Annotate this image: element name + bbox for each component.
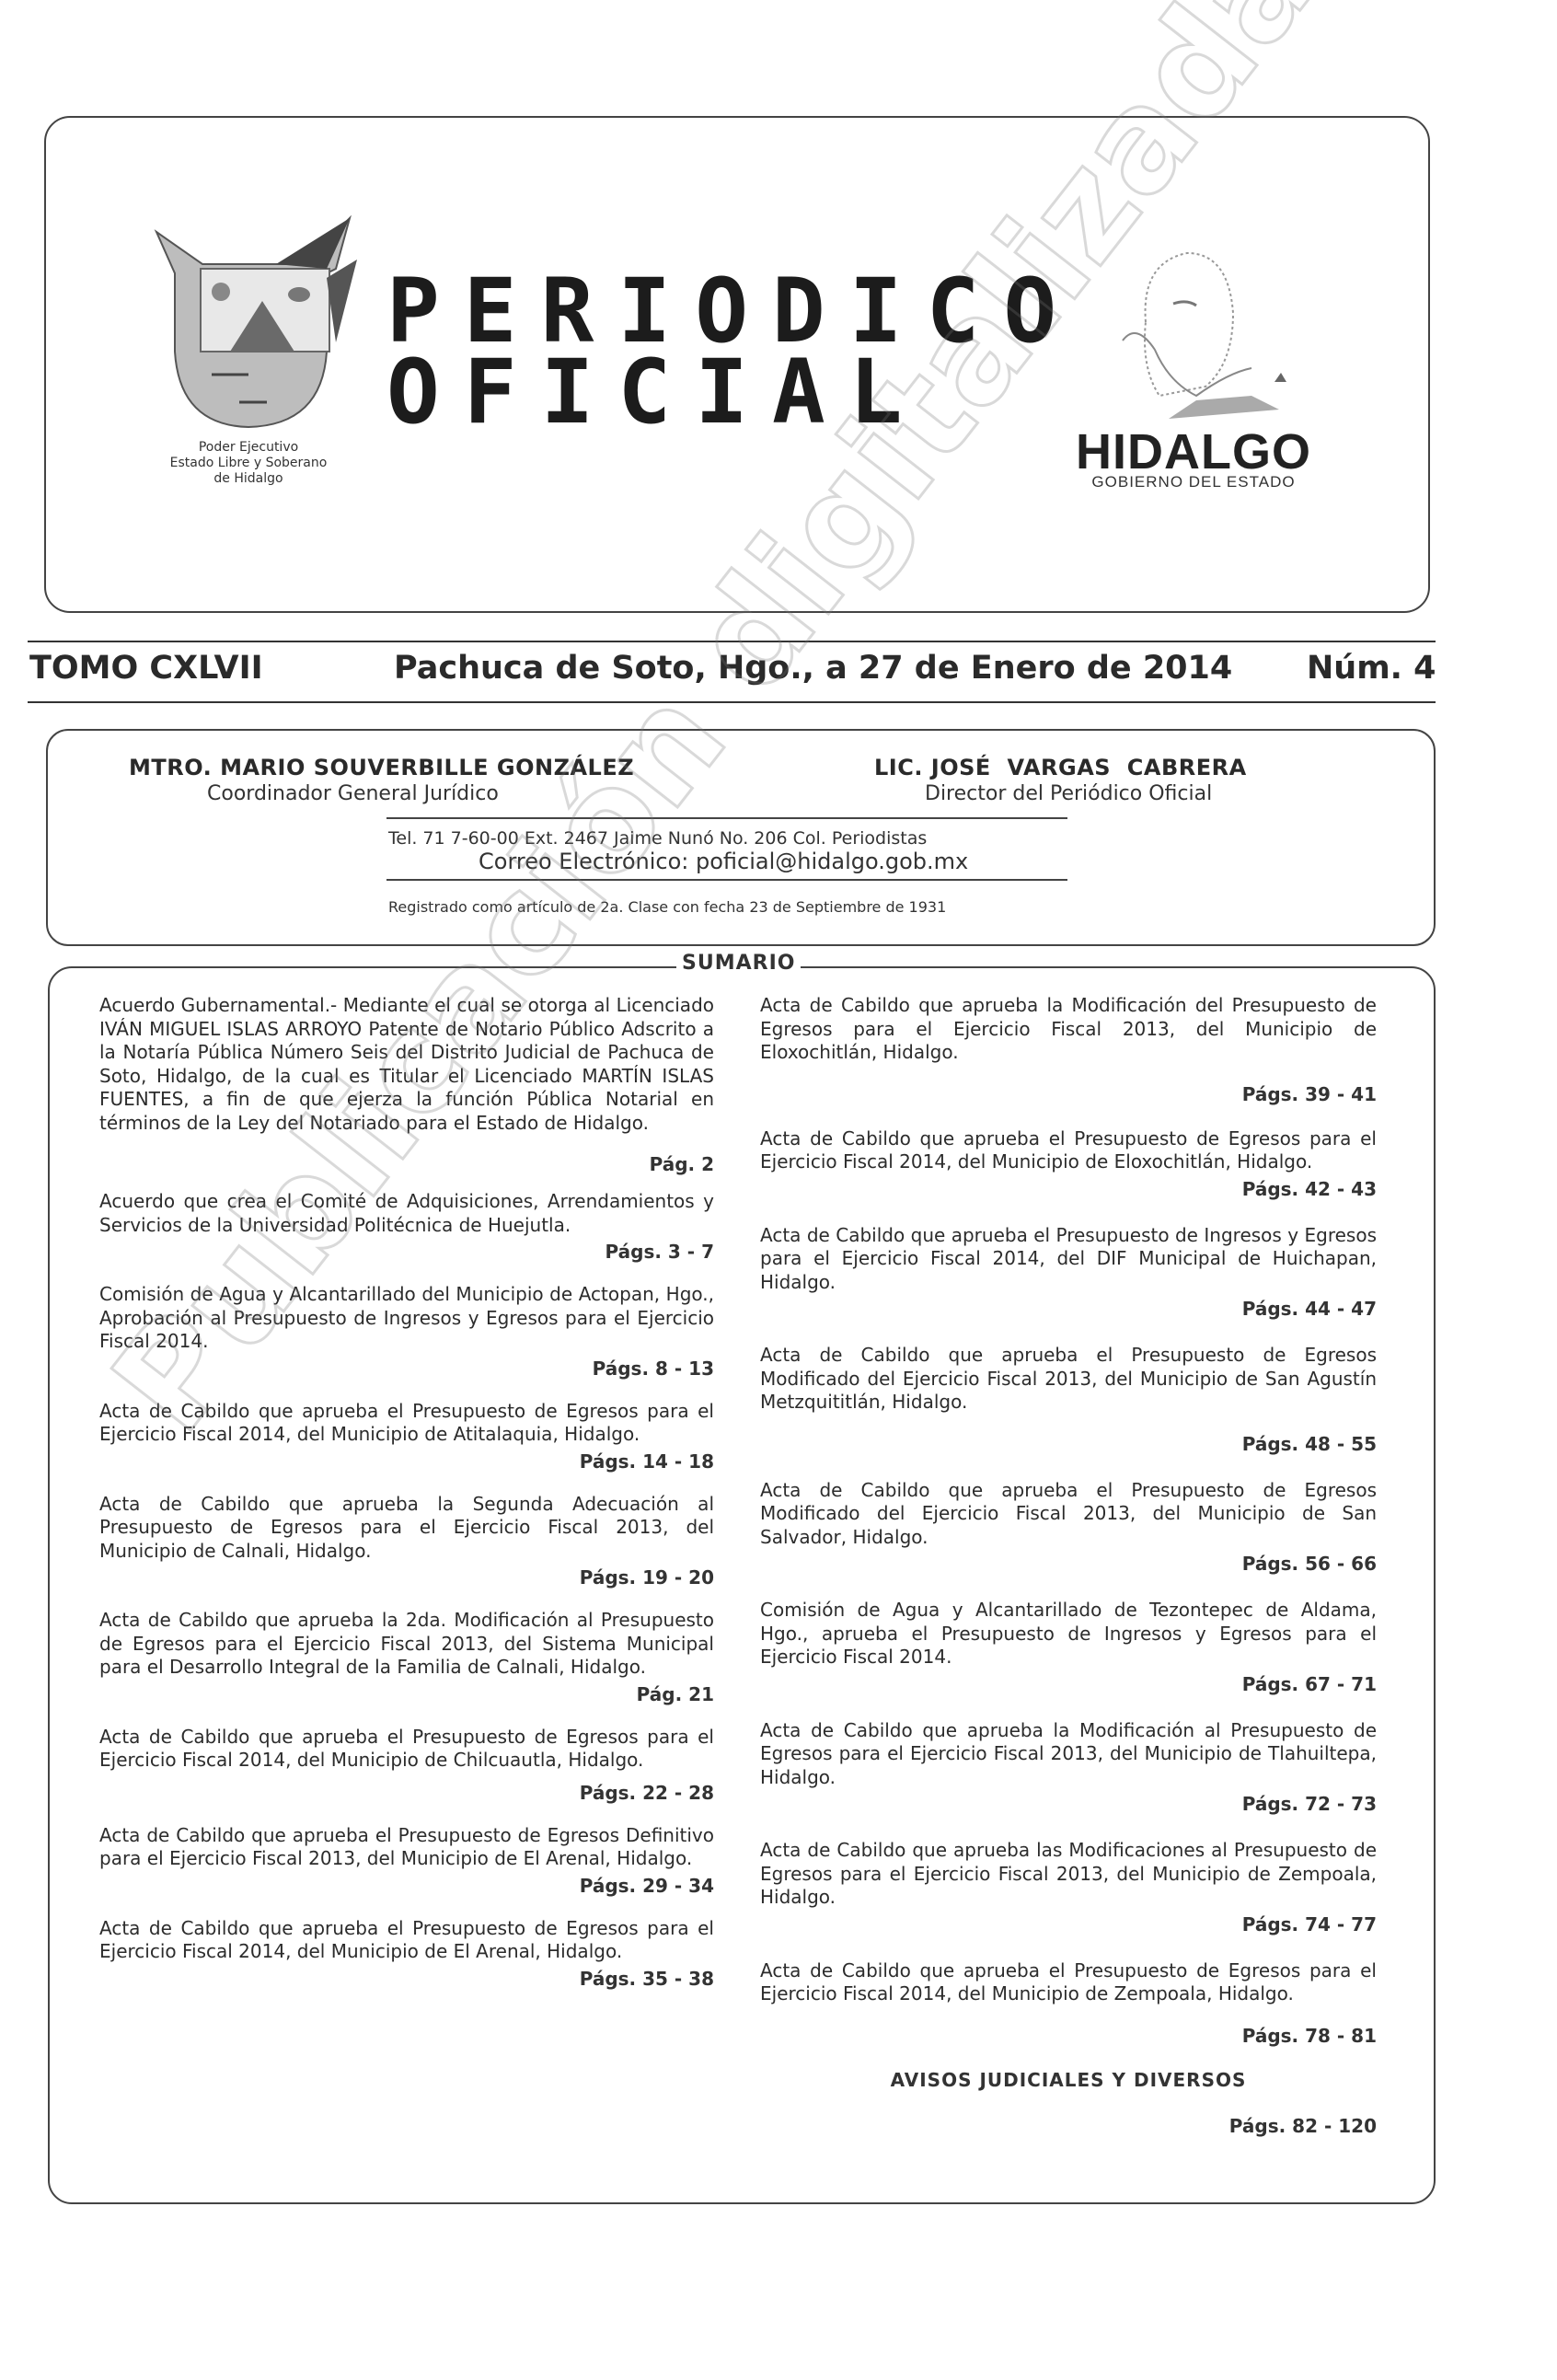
entry-text: Acta de Cabildo que aprueba la Segunda A…	[99, 1493, 714, 1564]
sumario-entry: Acta de Cabildo que aprueba el Presupues…	[760, 1344, 1377, 1455]
entry-pages: Págs. 72 - 73	[760, 1793, 1377, 1815]
entry-pages: Págs. 74 - 77	[760, 1913, 1377, 1935]
coordinator-role: Coordinador General Jurídico	[207, 782, 499, 805]
sumario-entry: Acta de Cabildo que aprueba el Presupues…	[760, 1127, 1377, 1200]
caption-line: de Hidalgo	[110, 471, 386, 487]
sumario-entry: Acta de Cabildo que aprueba el Presupues…	[760, 1479, 1377, 1576]
registration-note: Registrado como artículo de 2a. Clase co…	[388, 898, 946, 916]
sumario-entry: Acta de Cabildo que aprueba la 2da. Modi…	[99, 1609, 714, 1705]
entry-text: Comisión de Agua y Alcantarillado del Mu…	[99, 1283, 714, 1354]
edition-number: Núm. 4	[1307, 650, 1436, 687]
sumario-entry: Acta de Cabildo que aprueba el Presupues…	[760, 1224, 1377, 1321]
edition-place-date: Pachuca de Soto, Hgo., a 27 de Enero de …	[394, 650, 1232, 687]
edition-top-rule	[28, 641, 1436, 642]
entry-pages: Págs. 35 - 38	[99, 1968, 714, 1990]
section-heading: AVISOS JUDICIALES Y DIVERSOS	[760, 2069, 1377, 2091]
sumario-entry: Acta de Cabildo que aprueba el Presupues…	[99, 1400, 714, 1473]
edition-bottom-rule	[28, 701, 1436, 703]
entry-pages: Págs. 8 - 13	[99, 1358, 714, 1380]
section-pages: Págs. 82 - 120	[760, 2115, 1377, 2137]
entry-text: Acta de Cabildo que aprueba las Modifica…	[760, 1839, 1377, 1910]
contact-address: Tel. 71 7-60-00 Ext. 2467 Jaime Nunó No.…	[388, 828, 927, 849]
sumario-entry: Acta de Cabildo que aprueba la Modificac…	[760, 1719, 1377, 1816]
entry-text: Acuerdo que crea el Comité de Adquisicio…	[99, 1190, 714, 1237]
entry-text: Acta de Cabildo que aprueba el Presupues…	[760, 1224, 1377, 1295]
hidalgo-wordmark: HIDALGO	[1069, 423, 1318, 480]
sumario-entry: Acta de Cabildo que aprueba el Presupues…	[99, 1824, 714, 1897]
entry-pages: Págs. 78 - 81	[760, 2025, 1377, 2047]
sumario-entry: Acta de Cabildo que aprueba el Presupues…	[760, 1959, 1377, 2047]
masthead-title-line2: OFICIAL	[386, 348, 927, 436]
entry-pages: Págs. 44 - 47	[760, 1298, 1377, 1320]
sumario-entry: Acuerdo que crea el Comité de Adquisicio…	[99, 1190, 714, 1263]
entry-pages: Págs. 29 - 34	[99, 1875, 714, 1897]
edition-tomo: TOMO CXLVII	[29, 650, 263, 687]
entry-text: Acuerdo Gubernamental.- Mediante el cual…	[99, 994, 714, 1135]
sumario-entry: Comisión de Agua y Alcantarillado de Tez…	[760, 1599, 1377, 1695]
director-role: Director del Periódico Oficial	[925, 782, 1212, 805]
entry-text: Acta de Cabildo que aprueba el Presupues…	[760, 1344, 1377, 1415]
sumario-entry: Acta de Cabildo que aprueba el Presupues…	[99, 1917, 714, 1990]
entry-text: Acta de Cabildo que aprueba el Presupues…	[99, 1917, 714, 1964]
entry-pages: Págs. 19 - 20	[99, 1566, 714, 1589]
entry-pages: Pág. 2	[99, 1153, 714, 1175]
caption-line: Poder Ejecutivo	[110, 440, 386, 456]
state-coat-of-arms-icon	[138, 214, 359, 439]
entry-pages: Págs. 67 - 71	[760, 1673, 1377, 1695]
sumario-entry: Acta de Cabildo que aprueba las Modifica…	[760, 1839, 1377, 1935]
entry-pages: Págs. 39 - 41	[760, 1083, 1377, 1105]
entry-pages: Págs. 42 - 43	[760, 1178, 1377, 1200]
hidalgo-portrait-logo-icon	[1067, 212, 1316, 442]
entry-text: Acta de Cabildo que aprueba el Presupues…	[760, 1959, 1377, 2006]
entry-text: Comisión de Agua y Alcantarillado de Tez…	[760, 1599, 1377, 1669]
entry-text: Acta de Cabildo que aprueba la Modificac…	[760, 1719, 1377, 1790]
entry-text: Acta de Cabildo que aprueba el Presupues…	[99, 1824, 714, 1871]
entry-text: Acta de Cabildo que aprueba la Modificac…	[760, 994, 1377, 1065]
entry-text: Acta de Cabildo que aprueba el Presupues…	[760, 1127, 1377, 1174]
entry-pages: Págs. 14 - 18	[99, 1450, 714, 1473]
entry-pages: Pág. 21	[99, 1683, 714, 1705]
sumario-title: SUMARIO	[676, 952, 801, 975]
entry-text: Acta de Cabildo que aprueba el Presupues…	[99, 1726, 714, 1773]
entry-text: Acta de Cabildo que aprueba el Presupues…	[99, 1400, 714, 1447]
sumario-entry: Acta de Cabildo que aprueba la Modificac…	[760, 994, 1377, 1105]
coordinator-name: MTRO. MARIO SOUVERBILLE GONZÁLEZ	[129, 755, 634, 780]
entry-pages: Págs. 3 - 7	[99, 1241, 714, 1263]
sumario-section: AVISOS JUDICIALES Y DIVERSOS Págs. 82 - …	[760, 2069, 1377, 2137]
coat-caption: Poder Ejecutivo Estado Libre y Soberano …	[110, 440, 386, 487]
entry-pages: Págs. 22 - 28	[99, 1782, 714, 1804]
sumario-entry: Acta de Cabildo que aprueba la Segunda A…	[99, 1493, 714, 1589]
entry-pages: Págs. 56 - 66	[760, 1553, 1377, 1575]
caption-line: Estado Libre y Soberano	[110, 456, 386, 471]
hidalgo-subtitle: GOBIERNO DEL ESTADO	[1069, 473, 1318, 491]
staff-rule-bottom	[386, 879, 1067, 881]
entry-text: Acta de Cabildo que aprueba la 2da. Modi…	[99, 1609, 714, 1680]
contact-email: Correo Electrónico: poficial@hidalgo.gob…	[479, 849, 968, 874]
entry-text: Acta de Cabildo que aprueba el Presupues…	[760, 1479, 1377, 1550]
director-name: LIC. JOSÉ VARGAS CABRERA	[874, 755, 1247, 780]
sumario-entry: Acta de Cabildo que aprueba el Presupues…	[99, 1726, 714, 1804]
sumario-right-column: Acta de Cabildo que aprueba la Modificac…	[760, 994, 1377, 2137]
entry-pages: Págs. 48 - 55	[760, 1433, 1377, 1455]
sumario-entry: Acuerdo Gubernamental.- Mediante el cual…	[99, 994, 714, 1175]
sumario-entry: Comisión de Agua y Alcantarillado del Mu…	[99, 1283, 714, 1380]
staff-rule-top	[386, 817, 1067, 819]
sumario-left-column: Acuerdo Gubernamental.- Mediante el cual…	[99, 994, 714, 1990]
